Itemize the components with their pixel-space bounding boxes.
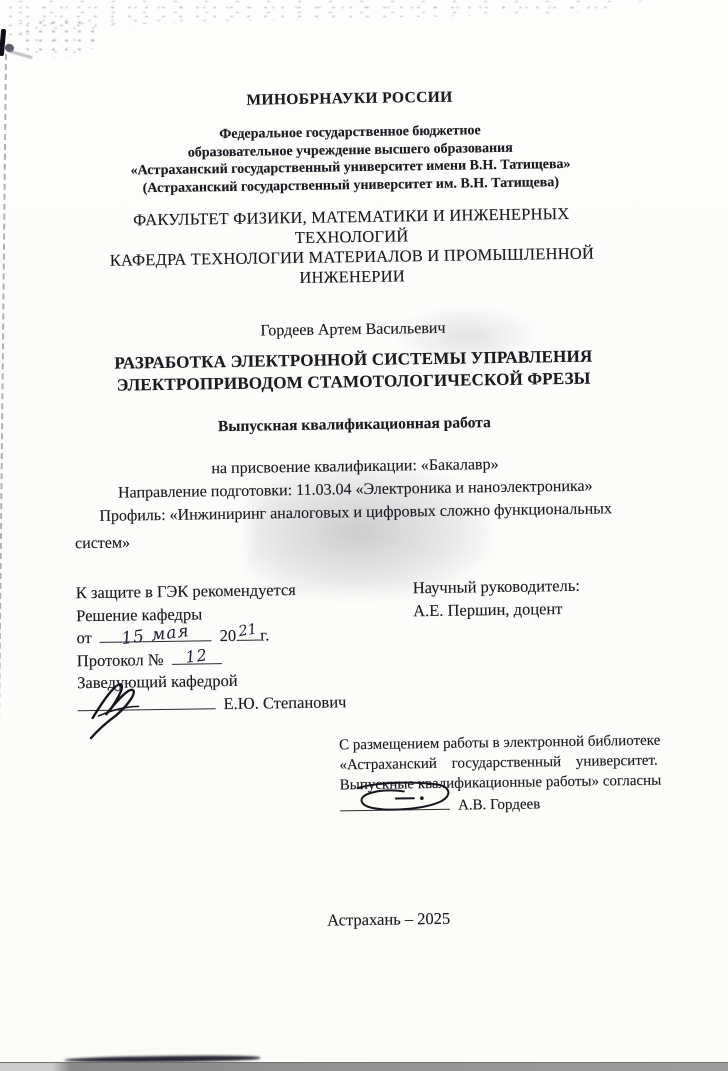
- handwritten-year: 21: [236, 619, 258, 644]
- approval-block: К защите в ГЭК рекомендуется Решение каф…: [76, 578, 347, 718]
- ministry-line: МИНОБРНАУКИ РОССИИ: [19, 85, 679, 113]
- supervisor-block: Научный руководитель: А.Е. Першин, доцен…: [413, 575, 581, 623]
- city-year-line: Астрахань – 2025: [59, 905, 719, 935]
- department-head-name: Е.Ю. Степанович: [223, 692, 346, 713]
- date-suffix: г.: [260, 626, 269, 645]
- qualification-block: на присвоение квалификации: «Бакалавр» Н…: [25, 450, 686, 529]
- author-signature-name: А.В. Гордеев: [458, 797, 541, 814]
- supervisor-name: А.Е. Першин, доцент: [413, 597, 580, 622]
- work-type-line: Выпускная квалификационная работа: [24, 411, 684, 439]
- university-block: Федеральное государственное бюджетное об…: [20, 119, 681, 199]
- signature-blank: [340, 794, 450, 812]
- protocol-label: Протокол №: [77, 650, 164, 670]
- title-page-content: МИНОБРНАУКИ РОССИИ Федеральное государст…: [0, 0, 728, 1071]
- protocol-blank: 12: [171, 648, 221, 665]
- author-signature-line: А.В. Гордеев: [340, 790, 712, 818]
- library-consent-block: С размещением работы в электронной библи…: [339, 731, 712, 819]
- thesis-title: РАЗРАБОТКА ЭЛЕКТРОННОЙ СИСТЕМЫ УПРАВЛЕНИ…: [23, 344, 684, 398]
- profile-line-continuation: систем»: [75, 534, 130, 553]
- date-prefix: от: [76, 628, 92, 647]
- date-blank: 15 мая: [100, 625, 212, 643]
- year-blank: 21: [236, 625, 260, 641]
- author-name: Гордеев Артем Васильевич: [23, 316, 683, 344]
- faculty-block: ФАКУЛЬТЕТ ФИЗИКИ, МАТЕМАТИКИ И ИНЖЕНЕРНЫ…: [21, 202, 682, 292]
- signature-blank: [77, 693, 215, 711]
- handwritten-protocol-number: 12: [184, 644, 209, 669]
- year-prefix: 20: [220, 626, 237, 645]
- supervisor-label: Научный руководитель:: [413, 575, 580, 600]
- department-head-signature-line: Е.Ю. Степанович: [77, 691, 346, 718]
- scanned-page: МИНОБРНАУКИ РОССИИ Федеральное государст…: [0, 0, 728, 1071]
